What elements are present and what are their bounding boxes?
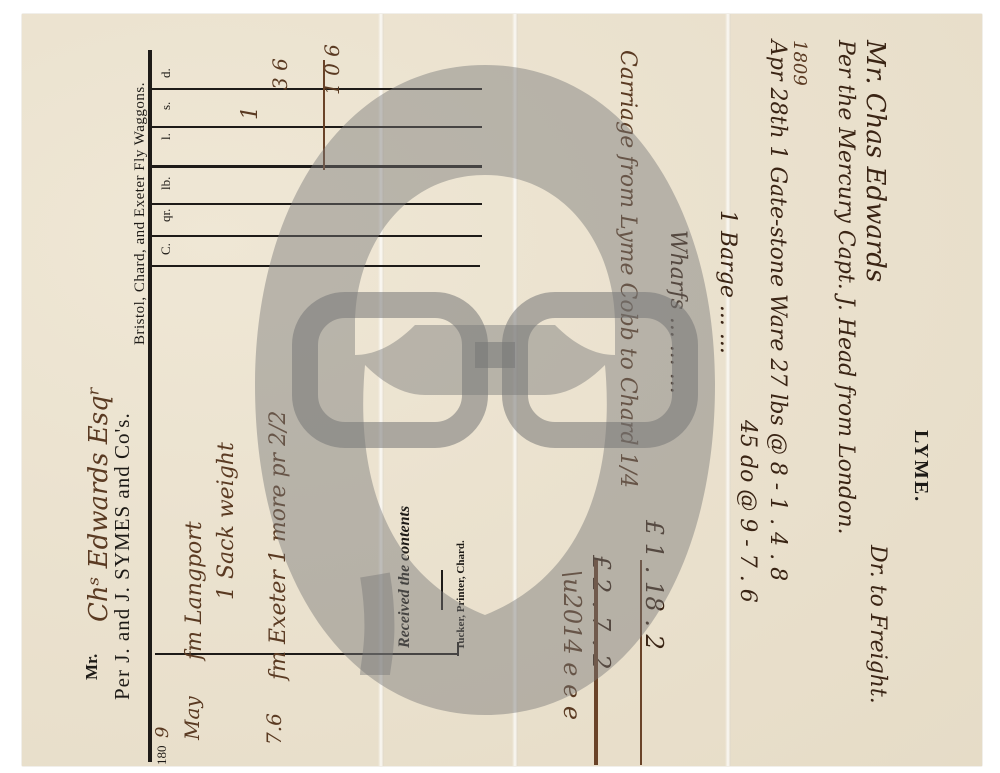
vessel-line: Per the Mercury Capt. J. Head from Londo…	[833, 40, 858, 534]
column-header: l.	[158, 133, 174, 140]
debtor-line: Dr. to Freight.	[865, 545, 890, 704]
ink-line	[594, 560, 596, 765]
form-border	[148, 50, 152, 762]
flourish: \u2014 e e e	[558, 570, 586, 720]
column-rule	[152, 203, 482, 205]
ink-line	[596, 560, 598, 765]
entry-description: fm Exeter 1 more pr 2/2	[266, 411, 291, 680]
freight-entry: Wharfs ... ... ...	[665, 230, 690, 394]
signature-line	[441, 570, 443, 610]
ink-line	[640, 560, 642, 765]
fold-crease	[725, 14, 731, 766]
place-heading: LYME.	[909, 430, 932, 503]
entry-description: 1 Sack weight	[214, 442, 239, 600]
column-rule	[152, 126, 482, 128]
subtotal: £ 1 . 18 . 2	[640, 520, 668, 650]
printer-credit: Tucker, Printer, Chard.	[455, 540, 467, 650]
carriage-entry: Carriage from Lyme Cobb to Chard 1/4	[615, 50, 640, 488]
ink-line	[323, 60, 325, 170]
column-header: qr.	[158, 209, 174, 222]
entry-amount: 1	[238, 106, 263, 120]
carrier-line: Per J. and J. SYMES and Co's.	[110, 412, 135, 700]
year-prefix: 180	[154, 746, 170, 766]
fold-crease	[512, 14, 518, 766]
column-header: s.	[158, 102, 174, 110]
column-rule	[152, 165, 482, 168]
route-line: Bristol, Chard, and Exeter Fly Waggons.	[132, 82, 149, 345]
entry-date: 7.6	[262, 713, 286, 745]
column-header: d.	[158, 68, 174, 78]
entry-amount: 3 6	[268, 58, 292, 90]
year-handwritten: 9	[152, 727, 173, 738]
received-label: Received the contents	[396, 506, 414, 648]
column-header: C.	[158, 243, 174, 255]
entry-date: May	[180, 696, 204, 740]
freight-entry: 1 Barge ... ...	[715, 210, 740, 354]
addressee-prefix: Mr.	[82, 654, 102, 680]
column-rule	[152, 88, 482, 90]
column-header: lb.	[158, 177, 174, 190]
column-rule	[152, 265, 480, 267]
freight-entry: 45 do @ 9 - 7 . 6	[735, 420, 760, 603]
grand-total: £ 2 . 7 . 2	[587, 555, 615, 669]
column-rule	[152, 235, 482, 237]
right-addressee: Mr. Chas Edwards	[860, 40, 890, 282]
year: 1809	[789, 40, 810, 86]
freight-entry: Apr 28th 1 Gate-stone Ware 27 lbs @ 8 - …	[765, 40, 790, 581]
entry-description: fm Langport	[182, 521, 207, 660]
